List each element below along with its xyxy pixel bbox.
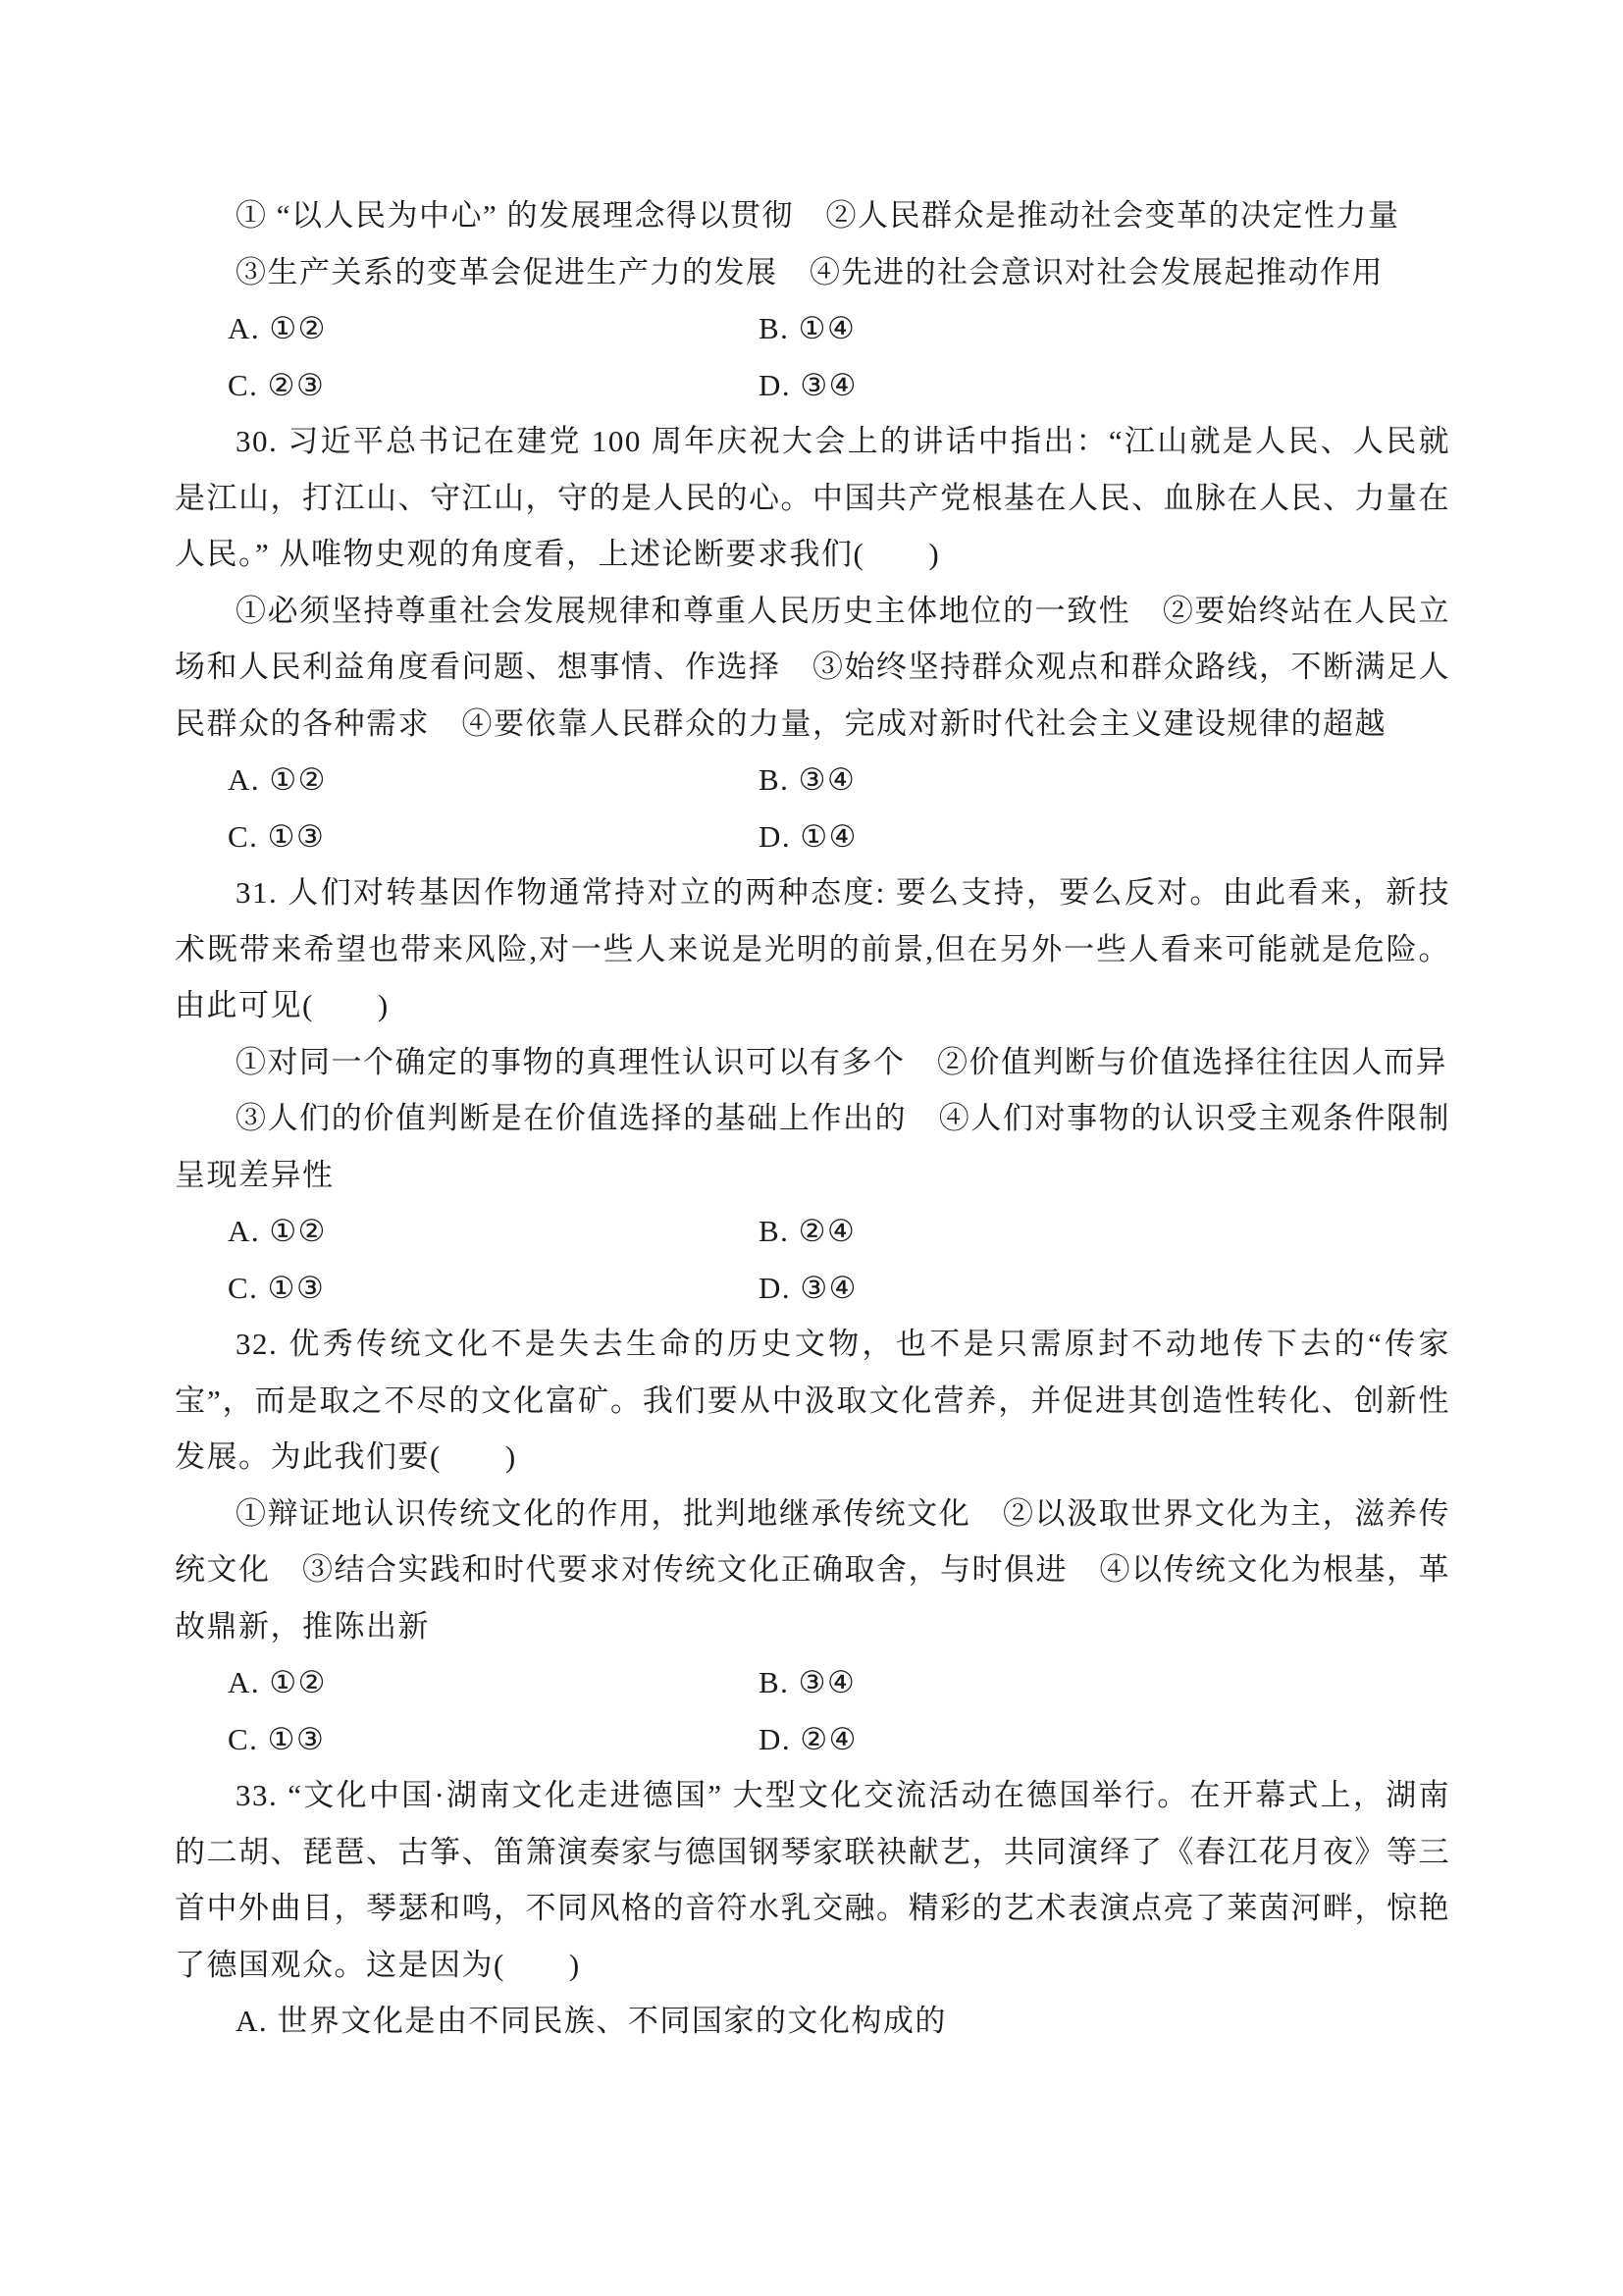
q29-options-row-0: A. ①②B. ①④ [175,300,1450,357]
option-label: B. ②④ [759,1203,856,1260]
q31-statements-34: ③人们的价值判断是在价值选择的基础上作出的 ④人们对事物的认识受主观条件限制呈现… [175,1090,1450,1203]
option-label: A. ①② [228,300,327,357]
option-label: A. ①② [228,1203,327,1260]
q32-options-row-0: A. ①②B. ③④ [175,1654,1450,1711]
option-label: D. ①④ [759,809,858,865]
option-label: D. ②④ [759,1711,858,1768]
q33-stem: 33. “文化中国·湖南文化走进德国” 大型文化交流活动在德国举行。在开幕式上，… [175,1767,1450,1993]
q30-options-row-0: A. ①②B. ③④ [175,752,1450,809]
q32-stem: 32. 优秀传统文化不是失去生命的历史文物，也不是只需原封不动地传下去的“传家宝… [175,1316,1450,1486]
option-label: A. ①② [228,1654,327,1711]
q33-option-a: A. 世界文化是由不同民族、不同国家的文化构成的 [175,1993,1450,2050]
q31-statements-12: ①对同一个确定的事物的真理性认识可以有多个 ②价值判断与价值选择往往因人而异 [175,1034,1450,1091]
q30-statements: ①必须坚持尊重社会发展规律和尊重人民历史主体地位的一致性 ②要始终站在人民立场和… [175,583,1450,753]
option-label: B. ①④ [759,300,856,357]
q31-options-row-0: A. ①②B. ②④ [175,1203,1450,1260]
option-label: C. ②③ [228,357,325,414]
q31-stem: 31. 人们对转基因作物通常持对立的两种态度: 要么支持，要么反对。由此看来，新… [175,864,1450,1034]
q30-stem: 30. 习近平总书记在建党 100 周年庆祝大会上的讲话中指出：“江山就是人民、… [175,413,1450,583]
option-label: B. ③④ [759,1654,856,1711]
q31-options-row-1: C. ①③D. ③④ [175,1260,1450,1317]
q30-options-row-1: C. ①③D. ①④ [175,809,1450,865]
q29-options-row-1: C. ②③D. ③④ [175,357,1450,414]
option-label: D. ③④ [759,357,858,414]
q29-statements-12: ① “以人民为中心” 的发展理念得以贯彻 ②人民群众是推动社会变革的决定性力量 [175,187,1450,244]
q29-statements-34: ③生产关系的变革会促进生产力的发展 ④先进的社会意识对社会发展起推动作用 [175,244,1450,301]
q32-options-row-1: C. ①③D. ②④ [175,1711,1450,1768]
option-label: C. ①③ [228,1260,325,1317]
option-label: B. ③④ [759,752,856,809]
q32-statements: ①辩证地认识传统文化的作用，批判地继承传统文化 ②以汲取世界文化为主，滋养传统文… [175,1486,1450,1655]
option-label: C. ①③ [228,809,325,865]
exam-page: ① “以人民为中心” 的发展理念得以贯彻 ②人民群众是推动社会变革的决定性力量③… [0,0,1623,2296]
option-label: D. ③④ [759,1260,858,1317]
option-label: C. ①③ [228,1711,325,1768]
option-label: A. ①② [228,752,327,809]
